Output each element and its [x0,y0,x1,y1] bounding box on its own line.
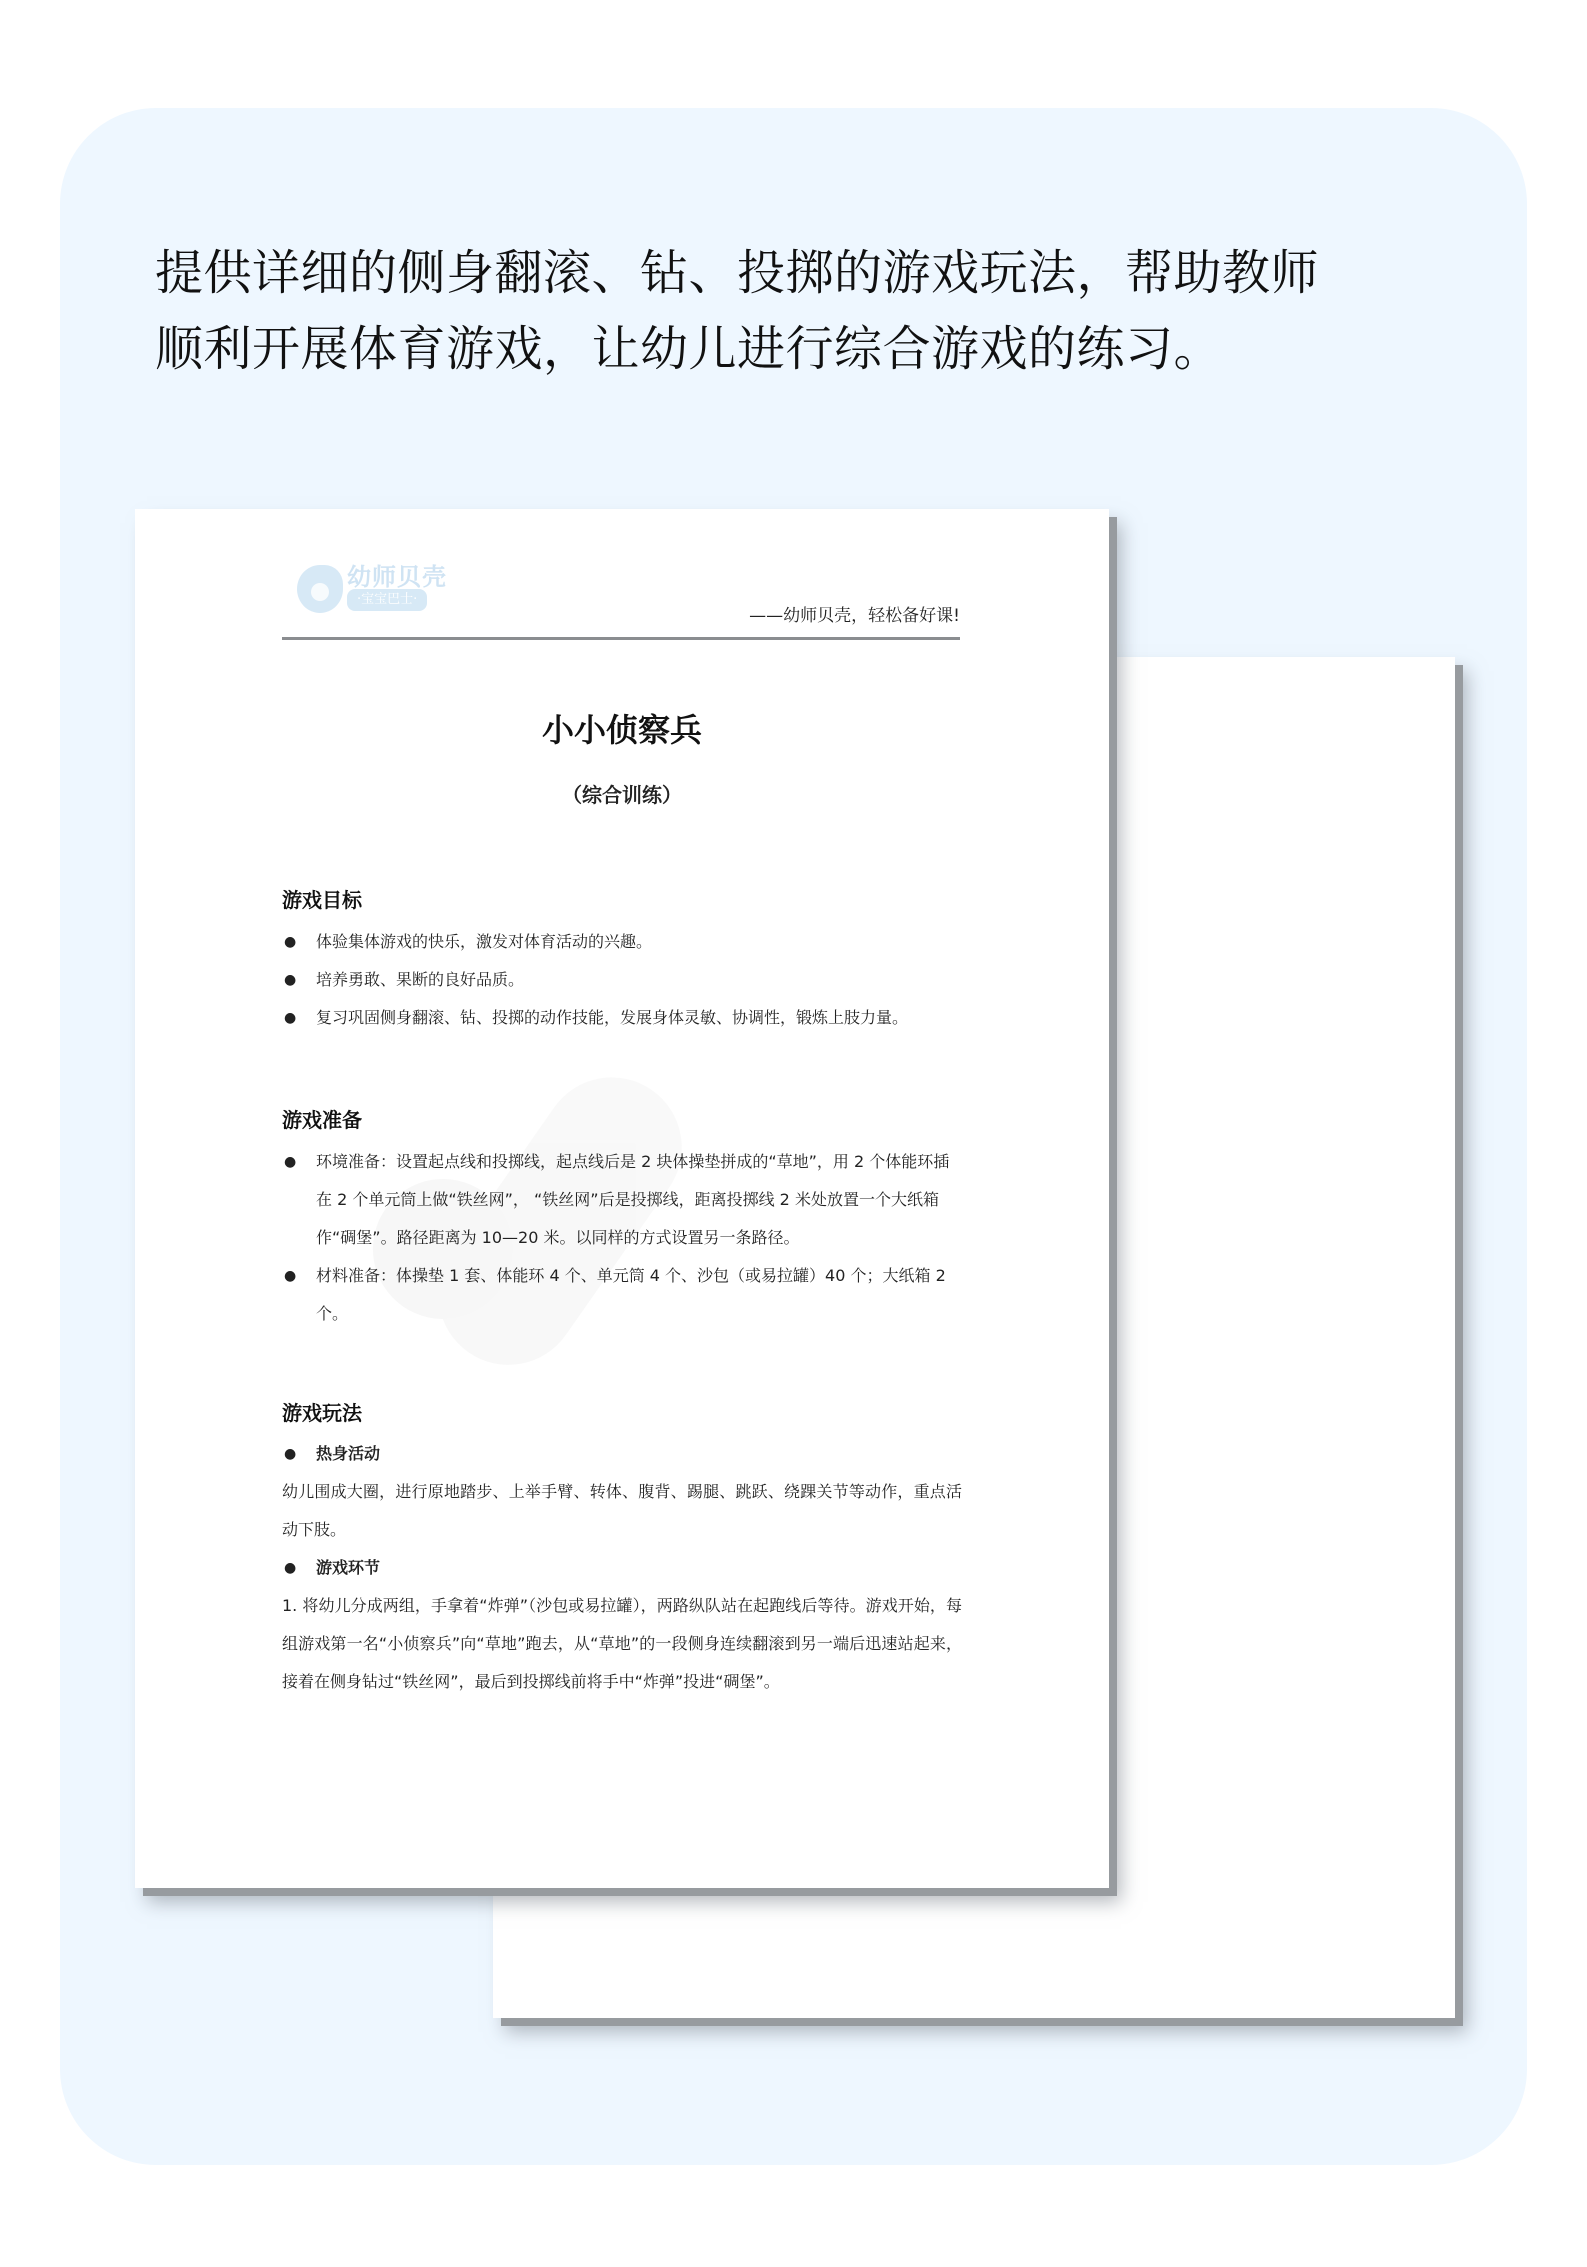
document-page-front: 幼师贝壳 ·宝宝巴士· ——幼师贝壳，轻松备好课! 小小侦察兵 （综合训练） 游… [135,509,1109,1888]
section-heading-goals: 游戏目标 [282,884,362,913]
headline-line-1: 提供详细的侧身翻滚、钻、投掷的游戏玩法，帮助教师 [155,235,1455,311]
section-heading-gameplay: 游戏玩法 [282,1397,362,1426]
list-item: ● 复习巩固侧身翻滚、钻、投掷的动作技能，发展身体灵敏、协调性，锻炼上肢力量。 [282,999,962,1037]
bullet-icon: ● [284,1257,296,1295]
list-item: ● 培养勇敢、果断的良好品质。 [282,961,962,999]
brand-logo: 幼师贝壳 ·宝宝巴士· [297,553,477,617]
list-item: ● 游戏环节 [282,1549,962,1587]
list-item: ● 材料准备：体操垫 1 套、体能环 4 个、单元筒 4 个、沙包（或易拉罐）4… [282,1257,962,1333]
document-subtitle: （综合训练） [135,779,1109,808]
header-rule [282,637,960,640]
bullet-icon: ● [284,1143,296,1181]
bullet-icon: ● [284,999,296,1037]
list-item: ● 环境准备：设置起点线和投掷线，起点线后是 2 块体操垫拼成的“草地”，用 2… [282,1143,962,1257]
headline: 提供详细的侧身翻滚、钻、投掷的游戏玩法，帮助教师 顺利开展体育游戏，让幼儿进行综… [155,235,1455,387]
bullet-icon: ● [284,1549,296,1587]
shell-logo-icon [297,565,343,613]
headline-line-2: 顺利开展体育游戏，让幼儿进行综合游戏的练习。 [155,311,1455,387]
bullet-icon: ● [284,1435,296,1473]
gameplay-paragraph: 1. 将幼儿分成两组，手拿着“炸弹”（沙包或易拉罐），两路纵队站在起跑线后等待。… [282,1587,962,1701]
logo-name: 幼师贝壳 [347,557,447,592]
logo-badge: ·宝宝巴士· [347,589,427,611]
header-slogan: ——幼师贝壳，轻松备好课! [749,601,960,626]
document-title: 小小侦察兵 [135,705,1109,751]
list-item: ● 体验集体游戏的快乐，激发对体育活动的兴趣。 [282,923,962,961]
warmup-paragraph: 幼儿围成大圈，进行原地踏步、上举手臂、转体、腹背、踢腿、跳跃、绕踝关节等动作，重… [282,1473,962,1549]
bullet-icon: ● [284,923,296,961]
section-heading-preparation: 游戏准备 [282,1104,362,1133]
list-item: ● 热身活动 [282,1435,962,1473]
bullet-icon: ● [284,961,296,999]
